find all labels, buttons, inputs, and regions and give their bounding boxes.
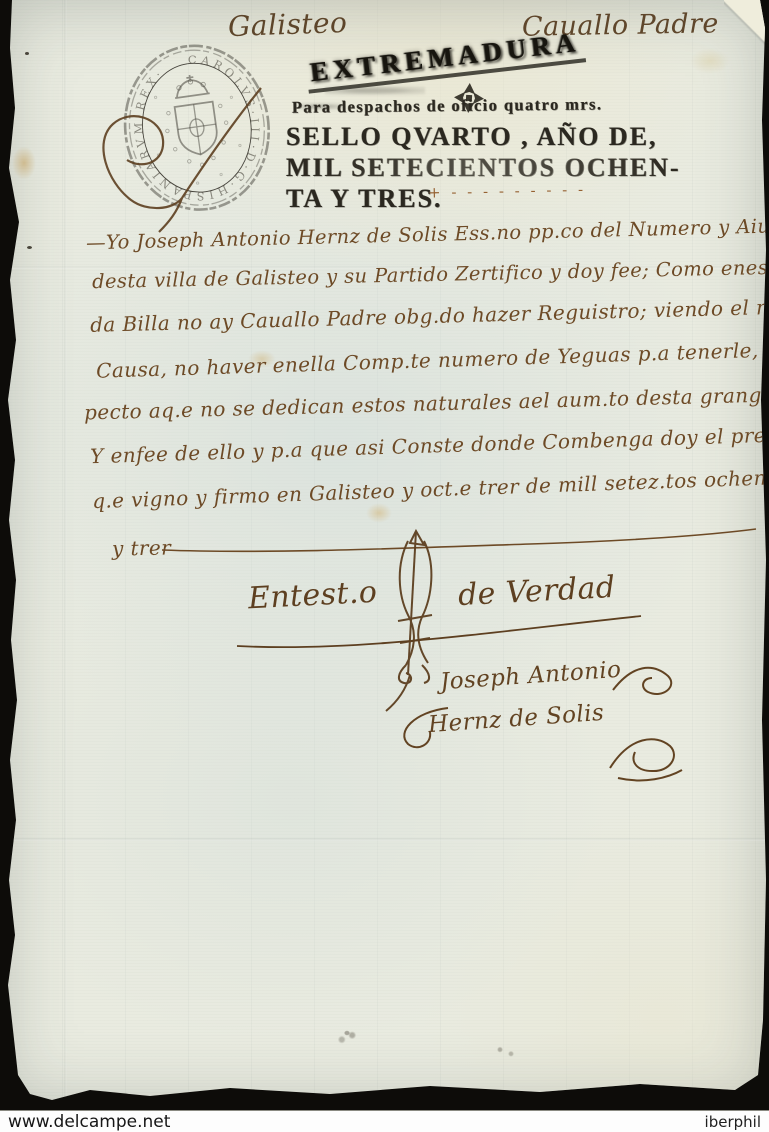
corner-fold xyxy=(724,0,769,58)
margin-fold-crease xyxy=(64,0,67,1108)
printed-sello-line-2: MIL SETECIENTOS OCHEN- xyxy=(286,153,681,183)
fold-crease-horizontal xyxy=(0,838,769,841)
ghost-stamp-offset xyxy=(325,84,425,97)
ink-smudge xyxy=(334,1022,360,1044)
ink-dash-line: + - - - - - - - - - xyxy=(428,180,586,201)
ink-smudge xyxy=(496,1044,516,1058)
closing-rule-flourish xyxy=(150,518,765,558)
signature-surname: Hernz de Solis xyxy=(427,700,605,738)
manuscript-line: da Billa no ay Cauallo Padre obg.do haze… xyxy=(90,293,769,337)
watermark-bar: www.delcampe.net iberphil xyxy=(0,1110,769,1132)
printed-sello-line-1: SELLO QVARTO , AÑO DE, xyxy=(286,122,658,152)
ink-speck xyxy=(27,246,32,249)
paper-stain xyxy=(12,146,36,180)
iberphil-watermark: iberphil xyxy=(705,1113,761,1131)
manuscript-line: pecto aq.e no se dedican estos naturales… xyxy=(84,381,769,424)
printed-fee-line: Para despachos de oficio quatro mrs. xyxy=(292,94,603,117)
paper-stain xyxy=(690,48,730,74)
signature-flourish xyxy=(608,658,678,703)
seal-rubric-flourish xyxy=(85,80,270,240)
signature-rubric xyxy=(600,726,688,784)
signature-name: Joseph Antonio xyxy=(439,657,622,696)
photo-canvas: Galisteo Cauallo Padre EXTREMADURA Para … xyxy=(0,0,769,1132)
attestation-underline xyxy=(235,608,643,652)
signature-swash xyxy=(392,700,452,752)
attestation-right: de Verdad xyxy=(457,570,616,613)
manuscript-line: Causa, no haver enella Comp.te numero de… xyxy=(96,335,769,383)
document-paper: Galisteo Cauallo Padre EXTREMADURA Para … xyxy=(0,0,769,1108)
manuscript-line: Y enfee de ello y p.a que asi Conste don… xyxy=(90,422,769,468)
ink-speck xyxy=(25,52,29,55)
manuscript-line: q.e vigno y firmo en Galisteo y oct.e tr… xyxy=(92,465,769,513)
delcampe-watermark: www.delcampe.net xyxy=(8,1112,170,1132)
manuscript-line: desta villa de Galisteo y su Partido Zer… xyxy=(92,254,769,293)
printed-sello-line-3: TA Y TRES. xyxy=(286,184,443,214)
